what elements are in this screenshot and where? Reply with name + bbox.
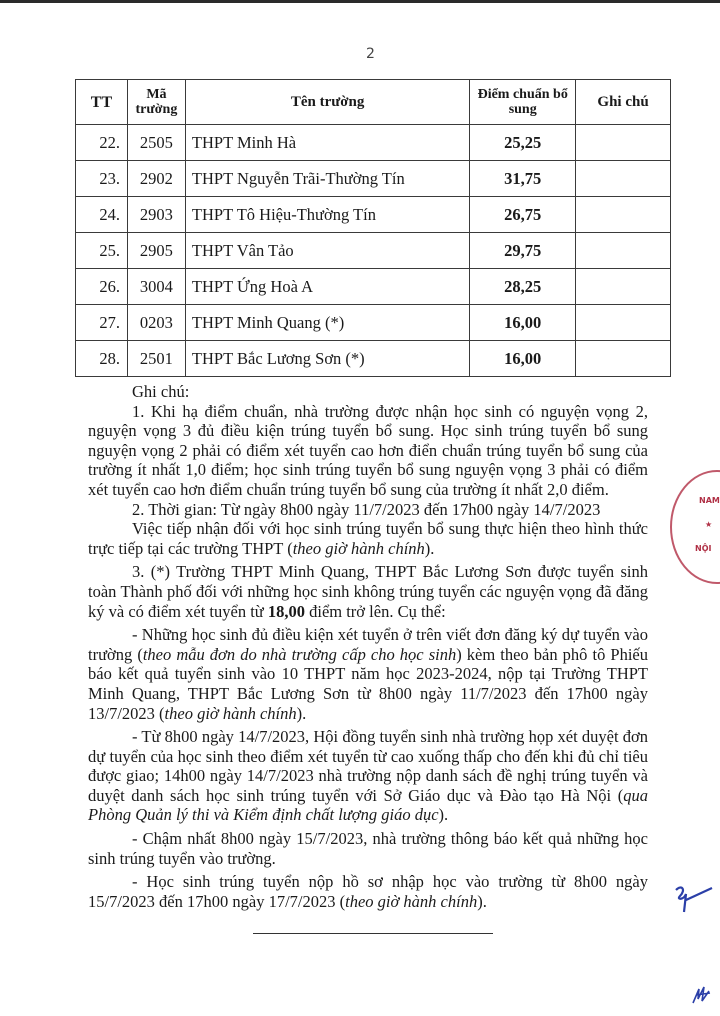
table-header-row: TT Mã trường Tên trường Điểm chuẩn bổ su… <box>76 80 671 125</box>
supplementary-score: 26,75 <box>470 197 576 233</box>
row-note <box>576 269 671 305</box>
notes-section: Ghi chú: 1. Khi hạ điểm chuẩn, nhà trườn… <box>88 382 648 911</box>
note-3-bullet-4: - Học sinh trúng tuyển nộp hồ sơ nhập họ… <box>88 872 648 911</box>
cutoff-score-table: TT Mã trường Tên trường Điểm chuẩn bổ su… <box>75 79 671 377</box>
note-2: 2. Thời gian: Từ ngày 8h00 ngày 11/7/202… <box>88 500 648 520</box>
note-3-bullet-2: - Từ 8h00 ngày 14/7/2023, Hội đồng tuyển… <box>88 727 648 825</box>
table-row: 27.0203THPT Minh Quang (*)16,00 <box>76 305 671 341</box>
supplementary-score: 28,25 <box>470 269 576 305</box>
note-2-detail: Việc tiếp nhận đối với học sinh trúng tu… <box>88 519 648 558</box>
row-note <box>576 197 671 233</box>
row-note <box>576 305 671 341</box>
supplementary-score: 31,75 <box>470 161 576 197</box>
school-name: THPT Minh Hà <box>185 125 469 161</box>
table-row: 23.2902THPT Nguyễn Trãi-Thường Tín31,75 <box>76 161 671 197</box>
school-code: 2903 <box>127 197 185 233</box>
header-tt: TT <box>76 80 128 125</box>
school-code: 2902 <box>127 161 185 197</box>
header-school-code: Mã trường <box>127 80 185 125</box>
supplementary-score: 16,00 <box>470 341 576 377</box>
end-divider <box>253 933 493 934</box>
school-name: THPT Minh Quang (*) <box>185 305 469 341</box>
table-row: 24.2903THPT Tô Hiệu-Thường Tín26,75 <box>76 197 671 233</box>
row-note <box>576 233 671 269</box>
school-name: THPT Nguyễn Trãi-Thường Tín <box>185 161 469 197</box>
supplementary-score: 16,00 <box>470 305 576 341</box>
row-number: 27. <box>76 305 128 341</box>
row-note <box>576 125 671 161</box>
row-number: 22. <box>76 125 128 161</box>
row-number: 25. <box>76 233 128 269</box>
table-row: 26.3004THPT Ứng Hoà A28,25 <box>76 269 671 305</box>
school-code: 2905 <box>127 233 185 269</box>
header-note: Ghi chú <box>576 80 671 125</box>
supplementary-score: 29,75 <box>470 233 576 269</box>
school-name: THPT Ứng Hoà A <box>185 269 469 305</box>
signature-icon <box>672 882 718 922</box>
row-number: 28. <box>76 341 128 377</box>
row-number: 24. <box>76 197 128 233</box>
initials-mark-icon <box>690 983 714 1007</box>
school-name: THPT Bắc Lương Sơn (*) <box>185 341 469 377</box>
header-school-name: Tên trường <box>185 80 469 125</box>
row-note <box>576 341 671 377</box>
note-3: 3. (*) Trường THPT Minh Quang, THPT Bắc … <box>88 562 648 621</box>
supplementary-score: 25,25 <box>470 125 576 161</box>
note-3-bullet-3: - Chậm nhất 8h00 ngày 15/7/2023, nhà trư… <box>88 829 648 868</box>
row-number: 23. <box>76 161 128 197</box>
school-name: THPT Tô Hiệu-Thường Tín <box>185 197 469 233</box>
note-1: 1. Khi hạ điểm chuẩn, nhà trường được nh… <box>88 402 648 500</box>
table-row: 22.2505THPT Minh Hà25,25 <box>76 125 671 161</box>
row-note <box>576 161 671 197</box>
table-row: 25.2905THPT Vân Tảo29,75 <box>76 233 671 269</box>
table-row: 28.2501THPT Bắc Lương Sơn (*)16,00 <box>76 341 671 377</box>
page-number: 2 <box>366 46 375 62</box>
seal-text: NAM ★ NỘI <box>695 495 720 555</box>
school-code: 2501 <box>127 341 185 377</box>
school-code: 3004 <box>127 269 185 305</box>
school-code: 0203 <box>127 305 185 341</box>
school-name: THPT Vân Tảo <box>185 233 469 269</box>
row-number: 26. <box>76 269 128 305</box>
school-code: 2505 <box>127 125 185 161</box>
notes-label: Ghi chú: <box>88 382 648 402</box>
scan-top-border <box>0 0 720 3</box>
header-supplementary-score: Điểm chuẩn bổ sung <box>470 80 576 125</box>
note-3-bullet-1: - Những học sinh đủ điều kiện xét tuyển … <box>88 625 648 723</box>
